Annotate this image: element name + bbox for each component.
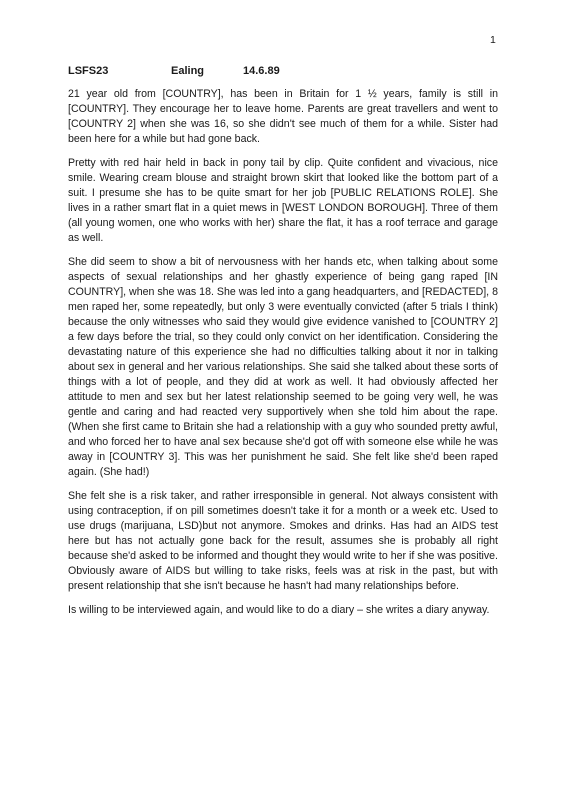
paragraph-followup: Is willing to be interviewed again, and … <box>68 603 498 618</box>
interview-date: 14.6.89 <box>243 65 280 77</box>
interview-place: Ealing <box>171 65 204 77</box>
page-number: 1 <box>490 34 496 46</box>
paragraph-risk: She felt she is a risk taker, and rather… <box>68 489 498 594</box>
document-header: LSFS23 Ealing 14.6.89 <box>68 65 498 81</box>
document-body: LSFS23 Ealing 14.6.89 21 year old from [… <box>68 65 498 627</box>
paragraph-appearance: Pretty with red hair held in back in pon… <box>68 156 498 246</box>
interview-id: LSFS23 <box>68 65 108 77</box>
paragraph-background: 21 year old from [COUNTRY], has been in … <box>68 87 498 147</box>
paragraph-experience: She did seem to show a bit of nervousnes… <box>68 255 498 480</box>
